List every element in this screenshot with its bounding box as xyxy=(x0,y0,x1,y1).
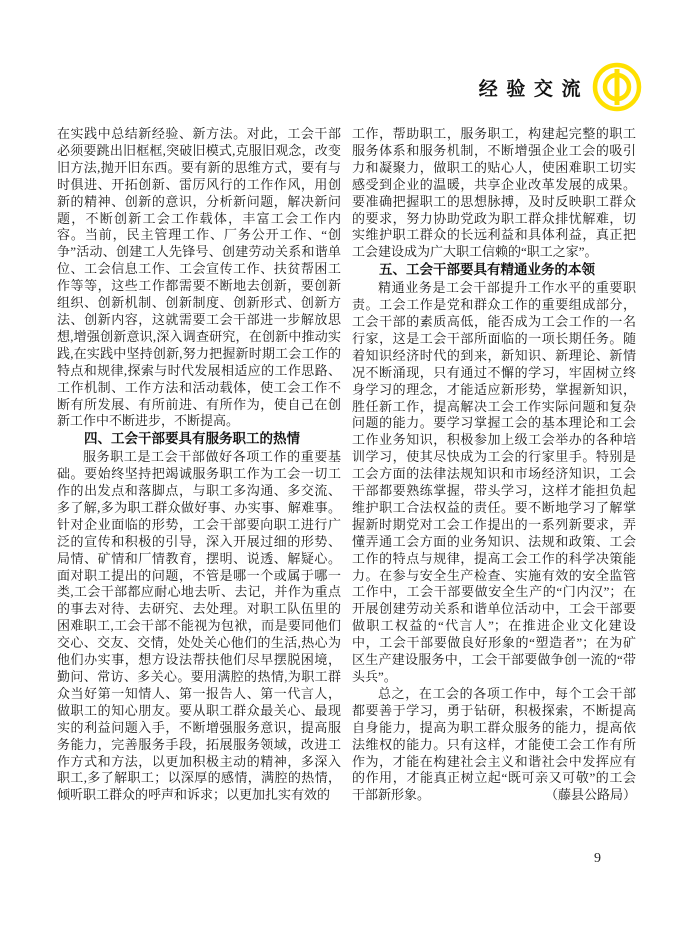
right-column: 工作，帮助职工，服务职工，构建起完整的职工服务体系和服务机制，不断增强企业工会的… xyxy=(352,126,636,804)
section-title: 经验交流 xyxy=(479,74,589,101)
paragraph-continued: 工作，帮助职工，服务职工，构建起完整的职工服务体系和服务机制，不断增强企业工会的… xyxy=(352,126,636,261)
page-header: 经验交流 xyxy=(479,62,642,112)
section-heading-5: 五、工会干部要具有精通业务的本领 xyxy=(352,262,636,279)
journal-page: 经验交流 在实践中总结新经验、新方法。对此，工会干部必须要跳出旧框框,突破旧模式… xyxy=(0,0,680,939)
left-column: 在实践中总结新经验、新方法。对此，工会干部必须要跳出旧框框,突破旧模式,克服旧观… xyxy=(57,126,341,804)
article-body: 在实践中总结新经验、新方法。对此，工会干部必须要跳出旧框框,突破旧模式,克服旧观… xyxy=(57,126,637,804)
author-attribution: （藤县公路局） xyxy=(519,787,636,804)
trade-union-emblem-icon xyxy=(592,62,642,112)
paragraph-continued: 在实践中总结新经验、新方法。对此，工会干部必须要跳出旧框框,突破旧模式,克服旧观… xyxy=(57,126,341,430)
closing-text: 总之，在工会的各项工作中，每个工会干部都要善于学习，勇于钻研，积极探索，不断提高… xyxy=(352,686,636,802)
paragraph: 精通业务是工会干部提升工作水平的重要职责。工会工作是党和群众工作的重要组成部分，… xyxy=(352,280,636,686)
section-heading-4: 四、工会干部要具有服务职工的热情 xyxy=(57,431,341,448)
page-number: 9 xyxy=(594,851,601,867)
paragraph-closing: 总之，在工会的各项工作中，每个工会干部都要善于学习，勇于钻研，积极探索，不断提高… xyxy=(352,686,636,804)
paragraph: 服务职工是工会干部做好各项工作的重要基础。要始终坚持把竭诚服务职工作为工会一切工… xyxy=(57,449,341,804)
